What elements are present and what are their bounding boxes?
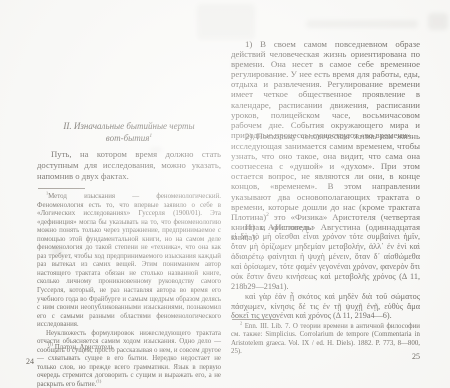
page-number-left: 24 [26,357,34,366]
footnote-left-para1: 1Метод изыскания — феноменологический. Ф… [37,193,221,330]
quote-intro-line: Итак, Аристотель: [231,222,420,232]
footnote-separator-rule [38,188,85,189]
greek-quote-2: καὶ γὰρ ἐὰν ᾖ σκότος καὶ μηδὲν διὰ τοῦ σ… [231,292,420,321]
section-heading-line1: II. Изначальные бытийные черты [37,120,221,132]
greek-quote-1: εἰ δὴ τὸ μὴ οἴεσθαι εἶναι χρόνον τότε συ… [231,232,420,291]
scan-ghost-mark [428,13,448,30]
sub-footnote: (1) Платон, Аристотель [48,344,218,351]
section-heading: II. Изначальные бытийные черты вот-бытия… [37,120,221,144]
section-heading-line2: вот-бытия1 [37,132,221,144]
footnote-left: 1Метод изыскания — феноменологический. Ф… [37,193,221,388]
scan-ghost-mark [306,20,418,28]
body-paragraph-left: Путь, на котором время должно стать дост… [37,149,221,182]
scanned-book-spread: II. Изначальные бытийные черты вот-бытия… [0,0,450,388]
page-number-right: 25 [231,352,420,361]
scan-ghost-mark [197,4,255,40]
heading-footnote-ref: 1 [149,133,152,139]
footnote-left-para2: Неуклюжесть формулировок нижеследующего … [37,330,221,388]
subnote-ref-marker: (1) [96,379,101,384]
body-paragraph-1: 1) В своем самом повседневном образе дей… [231,39,420,140]
